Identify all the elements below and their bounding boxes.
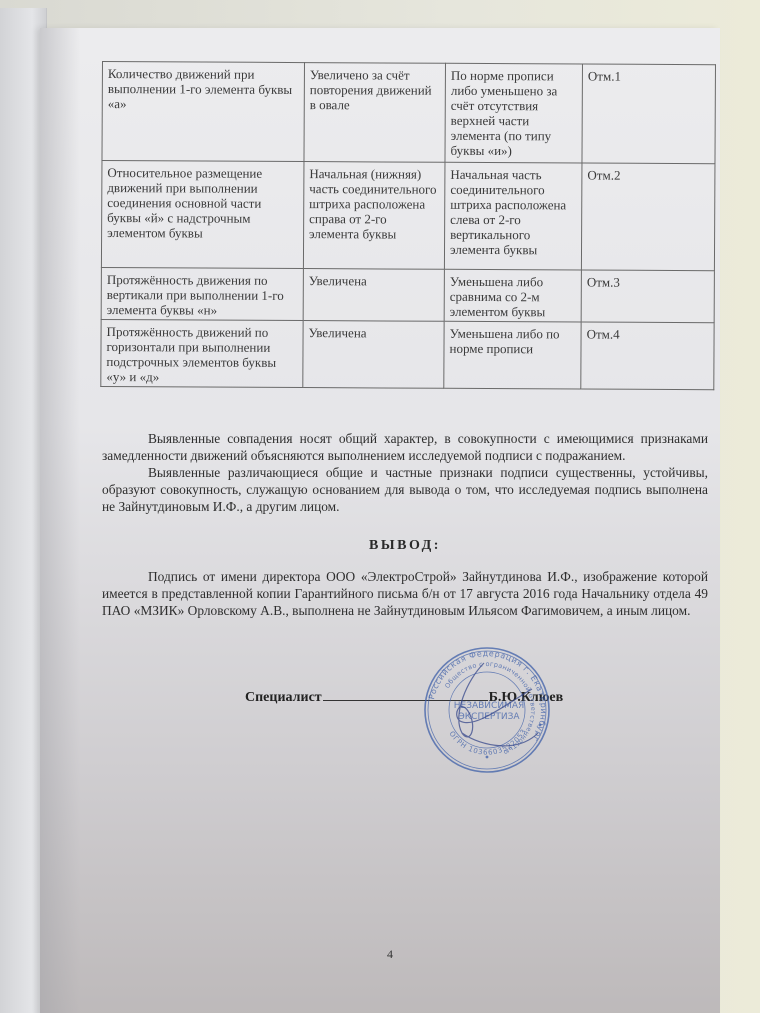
findings-paragraph: Выявленные совпадения носят общий характ… [102, 430, 708, 464]
stamp-center-line1: НЕЗАВИСИМАЯ [454, 701, 524, 711]
mark-cell: Отм.1 [582, 64, 716, 164]
findings-paragraph: Выявленные различающиеся общие и частные… [102, 464, 708, 515]
feature-cell: Протяжённость движения по вертикали при … [101, 267, 303, 320]
feature-cell: Протяжённость движений по горизонтали пр… [101, 319, 303, 387]
table-row: Протяжённость движений по горизонтали пр… [101, 319, 714, 389]
reference-cell: Начальная часть соединительного штриха р… [444, 162, 582, 270]
document-page: Количество движений при выполнении 1-го … [40, 28, 720, 1013]
signature-role: Специалист [245, 690, 322, 706]
conclusion-section: Подпись от имени директора ООО «ЭлектроС… [102, 568, 708, 619]
mark-cell: Отм.2 [581, 163, 715, 271]
findings-section: Выявленные совпадения носят общий характ… [102, 430, 708, 515]
feature-cell: Относительное размещение движений при вы… [101, 161, 304, 269]
reference-cell: Уменьшена либо по норме прописи [444, 321, 581, 389]
reference-cell: По норме прописи либо уменьшено за счёт … [445, 63, 583, 163]
stamp-center-line2: ЭКСПЕРТИЗА [459, 712, 521, 722]
conclusion-heading: ВЫВОД: [102, 538, 708, 554]
mark-cell: Отм.4 [581, 322, 714, 390]
table-row: Протяжённость движения по вертикали при … [101, 267, 714, 322]
page-number: 4 [387, 947, 393, 962]
svg-text:ОГРН 1036603522053: ОГРН 1036603522053 [448, 727, 529, 756]
questioned-cell: Увеличено за счёт повторения движений в … [304, 63, 446, 163]
reference-cell: Уменьшена либо сравнима со 2-м элементом… [444, 269, 581, 322]
comparison-table: Количество движений при выполнении 1-го … [100, 61, 716, 390]
conclusion-paragraph: Подпись от имени директора ООО «ЭлектроС… [102, 568, 708, 619]
questioned-cell: Начальная (нижняя) часть соединительного… [303, 162, 445, 270]
page-fold-shadow [40, 28, 80, 1013]
table-row: Количество движений при выполнении 1-го … [102, 62, 716, 164]
mark-cell: Отм.3 [581, 270, 714, 323]
questioned-cell: Увеличена [303, 269, 444, 322]
feature-cell: Количество движений при выполнении 1-го … [102, 62, 304, 162]
table-row: Относительное размещение движений при вы… [101, 161, 715, 271]
seal-stamp-icon: Российская Федерация г. Екатеринбург Общ… [422, 645, 552, 775]
questioned-cell: Увеличена [303, 321, 444, 389]
stamp-ogrn: ОГРН 1036603522053 [448, 727, 529, 756]
